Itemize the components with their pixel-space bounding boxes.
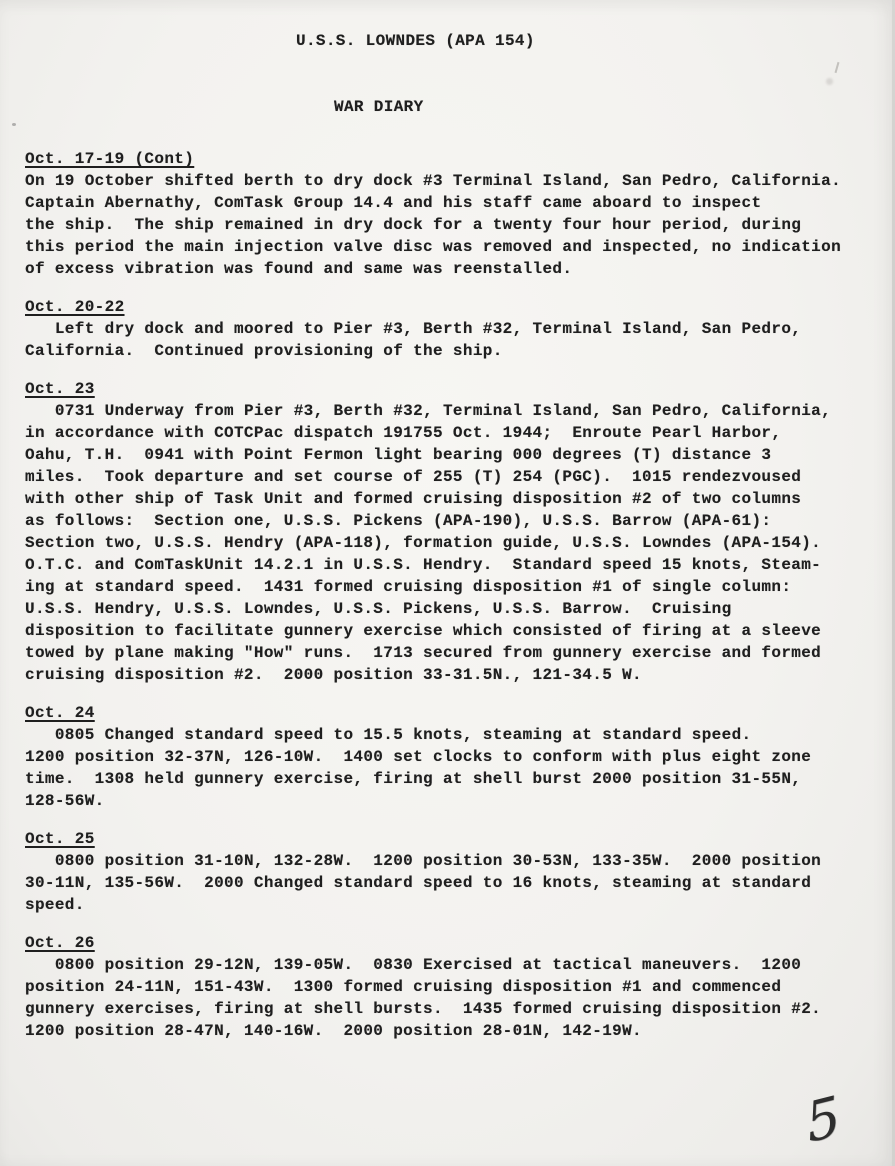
entry-text-line: cruising disposition #2. 2000 position 3…	[25, 664, 873, 686]
entry-text-line: gunnery exercises, firing at shell burst…	[25, 998, 873, 1020]
entry-text-line: Left dry dock and moored to Pier #3, Ber…	[25, 318, 873, 340]
entry-text-line: 0800 position 29-12N, 139-05W. 0830 Exer…	[25, 954, 873, 976]
entry-text-line: of excess vibration was found and same w…	[25, 258, 873, 280]
entry-text-line: towed by plane making "How" runs. 1713 s…	[25, 642, 873, 664]
entry-date-heading: Oct. 25	[25, 828, 873, 850]
entry-date-heading: Oct. 24	[25, 702, 873, 724]
entry-text-line: speed.	[25, 894, 873, 916]
entry-text-line: with other ship of Task Unit and formed …	[25, 488, 873, 510]
entry-text-line: as follows: Section one, U.S.S. Pickens …	[25, 510, 873, 532]
entry-text-line: Captain Abernathy, ComTask Group 14.4 an…	[25, 192, 873, 214]
entry-date-heading: Oct. 20-22	[25, 296, 873, 318]
diary-entry-1: Oct. 20-22 Left dry dock and moored to P…	[25, 296, 873, 362]
entry-text-line: the ship. The ship remained in dry dock …	[25, 214, 873, 236]
entry-text-line: 1200 position 32-37N, 126-10W. 1400 set …	[25, 746, 873, 768]
diary-entry-4: Oct. 25 0800 position 31-10N, 132-28W. 1…	[25, 828, 873, 916]
entry-text-line: time. 1308 held gunnery exercise, firing…	[25, 768, 873, 790]
diary-entry-3: Oct. 24 0805 Changed standard speed to 1…	[25, 702, 873, 812]
entry-date-text: Oct. 25	[25, 830, 95, 848]
entry-text-line: this period the main injection valve dis…	[25, 236, 873, 258]
entry-text-line: miles. Took departure and set course of …	[25, 466, 873, 488]
entry-date-text: Oct. 24	[25, 704, 95, 722]
entry-date-text: Oct. 17-19 (Cont)	[25, 150, 194, 168]
scan-artifact-dot	[12, 123, 16, 126]
entry-text-line: Oahu, T.H. 0941 with Point Fermon light …	[25, 444, 873, 466]
entry-text-line: 128-56W.	[25, 790, 873, 812]
entry-text-line: 30-11N, 135-56W. 2000 Changed standard s…	[25, 872, 873, 894]
entry-date-heading: Oct. 17-19 (Cont)	[25, 148, 873, 170]
entry-date-text: Oct. 23	[25, 380, 95, 398]
entry-text-line: disposition to facilitate gunnery exerci…	[25, 620, 873, 642]
entry-date-text: Oct. 26	[25, 934, 95, 952]
scanned-document-page: { "page": { "title": "U.S.S. LOWNDES (AP…	[0, 0, 895, 1166]
entry-text-line: ing at standard speed. 1431 formed cruis…	[25, 576, 873, 598]
entry-text-line: California. Continued provisioning of th…	[25, 340, 873, 362]
diary-entry-0: Oct. 17-19 (Cont)On 19 October shifted b…	[25, 148, 873, 280]
diary-entry-5: Oct. 26 0800 position 29-12N, 139-05W. 0…	[25, 932, 873, 1042]
scan-artifact-smudge	[826, 78, 833, 85]
entry-text-line: position 24-11N, 151-43W. 1300 formed cr…	[25, 976, 873, 998]
entry-text-line: 0731 Underway from Pier #3, Berth #32, T…	[25, 400, 873, 422]
document-title: U.S.S. LOWNDES (APA 154)	[296, 30, 535, 52]
entry-date-heading: Oct. 26	[25, 932, 873, 954]
entry-text-line: 0800 position 31-10N, 132-28W. 1200 posi…	[25, 850, 873, 872]
entry-text-line: 0805 Changed standard speed to 15.5 knot…	[25, 724, 873, 746]
entry-text-line: in accordance with COTCPac dispatch 1917…	[25, 422, 873, 444]
diary-entry-2: Oct. 23 0731 Underway from Pier #3, Bert…	[25, 378, 873, 686]
entry-date-text: Oct. 20-22	[25, 298, 125, 316]
war-diary-entries: Oct. 17-19 (Cont)On 19 October shifted b…	[25, 148, 873, 1058]
document-subtitle: WAR DIARY	[334, 96, 424, 118]
entry-text-line: On 19 October shifted berth to dry dock …	[25, 170, 873, 192]
entry-date-heading: Oct. 23	[25, 378, 873, 400]
entry-text-line: U.S.S. Hendry, U.S.S. Lowndes, U.S.S. Pi…	[25, 598, 873, 620]
entry-text-line: 1200 position 28-47N, 140-16W. 2000 posi…	[25, 1020, 873, 1042]
entry-text-line: Section two, U.S.S. Hendry (APA-118), fo…	[25, 532, 873, 554]
handwritten-page-number: 5	[802, 1084, 844, 1155]
scan-artifact-mark	[835, 62, 840, 73]
entry-text-line: O.T.C. and ComTaskUnit 14.2.1 in U.S.S. …	[25, 554, 873, 576]
